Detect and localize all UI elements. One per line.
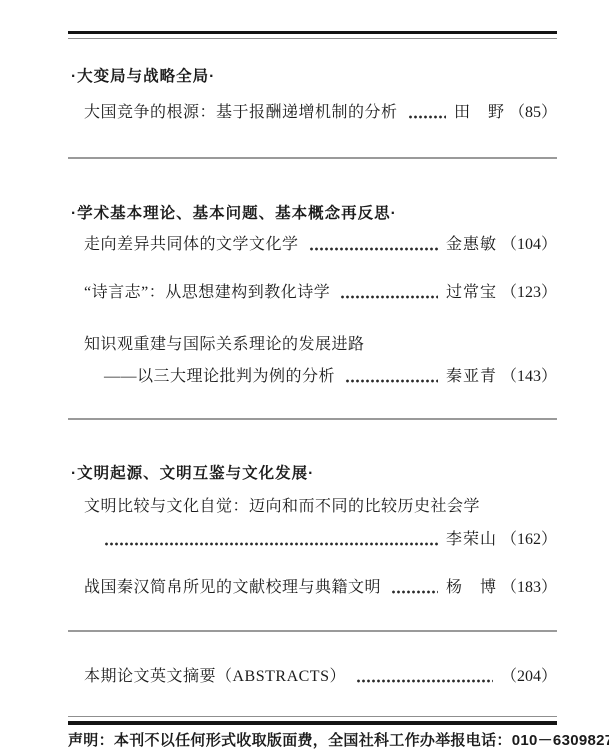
dot-leader xyxy=(391,584,438,597)
toc-entry-title-line: 知识观重建与国际关系理论的发展进路 xyxy=(68,336,557,354)
dot-leader xyxy=(345,373,438,386)
section-divider xyxy=(68,157,557,159)
entry-title: 大国竞争的根源：基于报酬递增机制的分析 xyxy=(84,104,398,122)
entry-author: 过常宝 xyxy=(446,284,497,302)
toc-entry-subtitle-line: ——以三大理论批判为例的分析 秦亚青 （143） xyxy=(68,368,557,386)
toc-entry: 本期论文英文摘要（ABSTRACTS） （204） xyxy=(68,668,557,686)
toc-content: ·大变局与战略全局· 大国竞争的根源：基于报酬递增机制的分析 田 野 （85） … xyxy=(68,31,557,749)
entry-page-number: （85） xyxy=(509,104,557,122)
entry-subtitle: ——以三大理论批判为例的分析 xyxy=(104,368,335,386)
entry-page-number: （123） xyxy=(501,284,557,302)
entry-author: 田 野 xyxy=(454,104,505,122)
toc-entry-continuation-line: 李荣山 （162） xyxy=(68,531,557,549)
entry-page-number: （183） xyxy=(501,579,557,597)
entry-page-number: （162） xyxy=(501,531,557,549)
toc-entry: 走向差异共同体的文学文化学 金惠敏 （104） xyxy=(68,236,557,254)
section-header: ·学术基本理论、基本问题、基本概念再反思· xyxy=(68,205,557,223)
section-header: ·大变局与战略全局· xyxy=(68,68,557,86)
bottom-double-rule xyxy=(68,716,557,725)
entry-author: 杨 博 xyxy=(446,579,497,597)
top-double-rule xyxy=(68,31,557,39)
entry-title: 本期论文英文摘要（ABSTRACTS） xyxy=(84,668,346,686)
entry-title: 走向差异共同体的文学文化学 xyxy=(84,236,299,254)
dot-leader xyxy=(309,241,438,254)
dot-leader xyxy=(340,289,438,302)
journal-toc-page: ·大变局与战略全局· 大国竞争的根源：基于报酬递增机制的分析 田 野 （85） … xyxy=(0,0,609,753)
toc-entry: 战国秦汉简帛所见的文献校理与典籍文明 杨 博 （183） xyxy=(68,579,557,597)
dot-leader xyxy=(356,673,493,686)
entry-title: “诗言志”：从思想建构到教化诗学 xyxy=(84,284,330,302)
entry-page-number: （143） xyxy=(501,368,557,386)
entry-author: 秦亚青 xyxy=(446,368,497,386)
section-divider xyxy=(68,630,557,632)
entry-author: 金惠敏 xyxy=(446,236,497,254)
footer-notice: 声明：本刊不以任何形式收取版面费，全国社科工作办举报电话：010－6309827… xyxy=(68,732,557,749)
entry-title: 文明比较与文化自觉：迈向和而不同的比较历史社会学 xyxy=(84,498,480,516)
dot-leader xyxy=(408,109,446,122)
toc-entry: 大国竞争的根源：基于报酬递增机制的分析 田 野 （85） xyxy=(68,104,557,122)
entry-author: 李荣山 xyxy=(446,531,497,549)
section-header: ·文明起源、文明互鉴与文化发展· xyxy=(68,465,557,483)
dot-leader xyxy=(104,536,438,549)
entry-page-number: （204） xyxy=(501,668,557,686)
toc-entry: “诗言志”：从思想建构到教化诗学 过常宝 （123） xyxy=(68,284,557,302)
entry-title: 战国秦汉简帛所见的文献校理与典籍文明 xyxy=(84,579,381,597)
section-divider xyxy=(68,418,557,420)
entry-title: 知识观重建与国际关系理论的发展进路 xyxy=(84,336,365,354)
toc-entry-title-line: 文明比较与文化自觉：迈向和而不同的比较历史社会学 xyxy=(68,498,557,516)
entry-page-number: （104） xyxy=(501,236,557,254)
